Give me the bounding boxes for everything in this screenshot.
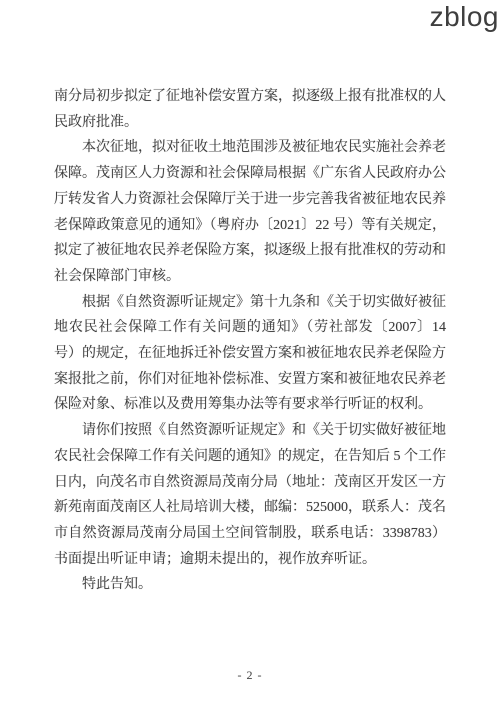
- document-paragraph: 本次征地，拟对征收土地范围涉及被征地农民实施社会养老保障。茂南区人力资源和社会保…: [54, 135, 446, 289]
- document-text-body: 南分局初步拟定了征地补偿安置方案，拟逐级上报有批准权的人民政府批准。 本次征地，…: [54, 84, 446, 598]
- page-number: - 2 -: [0, 668, 500, 683]
- document-paragraph: 南分局初步拟定了征地补偿安置方案，拟逐级上报有批准权的人民政府批准。: [54, 84, 446, 135]
- document-paragraph: 根据《自然资源听证规定》第十九条和《关于切实做好被征地农民社会保障工作有关问题的…: [54, 290, 446, 419]
- zblog-watermark-logo: zblog: [430, 1, 499, 33]
- document-paragraph: 请你们按照《自然资源听证规定》和《关于切实做好被征地农民社会保障工作有关问题的通…: [54, 418, 446, 572]
- document-paragraph: 特此告知。: [54, 572, 446, 598]
- scanned-document-page: zblog 南分局初步拟定了征地补偿安置方案，拟逐级上报有批准权的人民政府批准。…: [0, 0, 500, 707]
